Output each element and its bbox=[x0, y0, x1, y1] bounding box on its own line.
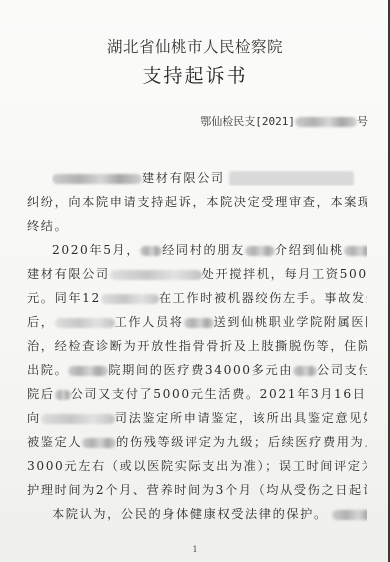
text-span: 出院。 bbox=[27, 363, 68, 377]
text-span: 本院认为，公民的身体健康权受法律的保护。 bbox=[52, 507, 328, 521]
paragraph-2-line-8: 向司法鉴定所申请鉴定，该所出具鉴定意见如下： bbox=[27, 410, 367, 426]
paragraph-2-line-6: 出院。院期间的医疗费34000多元由公司支付，出 bbox=[27, 362, 367, 378]
text-span: 介绍到仙桃 bbox=[275, 243, 344, 257]
paragraph-2-line-3: 元。同年12在工作时被机器绞伤左手。事故发生 bbox=[27, 290, 367, 306]
paragraph-2-line-2: 建材有限公司处开搅拌机，每月工资5000 bbox=[27, 266, 367, 282]
text-span: 建材有限公司 bbox=[27, 267, 110, 281]
document-number-suffix: 号 bbox=[357, 115, 368, 128]
redacted-text bbox=[332, 510, 367, 520]
paragraph-2-line-5: 治，经检查诊断为开放性指骨骨折及上肢撕脱伤等，住院17天后 bbox=[27, 338, 367, 354]
paragraph-2-line-4: 后，工作人员将送到仙桃职业学院附属医院救 bbox=[27, 314, 367, 330]
redacted-text bbox=[41, 414, 115, 424]
paragraph-2-line-7: 院后公司又支付了5000元生活费。2021年3月16日， bbox=[27, 386, 367, 402]
issuing-organization: 湖北省仙桃市人民检察院 bbox=[0, 35, 390, 57]
text-span: 2020年5月， bbox=[52, 243, 140, 257]
text-span: 院期间的医疗费34000多元由 bbox=[108, 363, 293, 377]
paragraph-1-line-2: 纠纷，向本院申请支持起诉，本院决定受理审查，本案现已审查 bbox=[27, 194, 367, 210]
redacted-text bbox=[52, 174, 142, 184]
text-span: 处开搅拌机，每月工资5000 bbox=[202, 267, 367, 281]
paragraph-1-line-3: 终结。 bbox=[27, 218, 367, 234]
text-span: 元。同年12 bbox=[27, 291, 101, 305]
redacted-text bbox=[293, 366, 317, 376]
page-number: 1 bbox=[0, 545, 390, 554]
text-span: 建材有限公司 bbox=[142, 171, 225, 185]
document-title: 支持起诉书 bbox=[0, 61, 390, 88]
text-span: 被鉴定人 bbox=[27, 435, 82, 449]
redacted-text bbox=[184, 318, 214, 328]
paragraph-3-line-1: 本院认为，公民的身体健康权受法律的保护。 bbox=[52, 506, 367, 522]
paragraph-2-line-9: 被鉴定人的伤残等级评定为九级；后续医疗费用为人民币 bbox=[27, 434, 367, 450]
redacted-text bbox=[245, 246, 275, 256]
redacted-text bbox=[82, 438, 116, 448]
text-span: 向 bbox=[27, 411, 41, 425]
redacted-text bbox=[229, 171, 354, 186]
paragraph-2-line-11: 护理时间为2个月、营养时间为3个月（均从受伤之日起计算）。 bbox=[27, 482, 367, 498]
paragraph-2-line-10: 3000元左右（或以医院实际支出为准）；误工时间评定为5个月、 bbox=[27, 458, 367, 474]
text-span: 院后 bbox=[27, 387, 55, 401]
paragraph-2-line-1: 2020年5月，经同村的朋友介绍到仙桃 bbox=[52, 242, 367, 258]
text-span: 送到仙桃职业学院附属医院救 bbox=[214, 315, 367, 329]
text-span: 工作人员将 bbox=[115, 315, 184, 329]
redacted-text bbox=[68, 366, 108, 376]
redacted-text bbox=[55, 318, 115, 328]
redacted-text bbox=[344, 246, 367, 256]
document-number: 鄂仙检民支[2021]号 bbox=[200, 113, 368, 129]
redacted-text bbox=[55, 390, 71, 400]
document-page: 湖北省仙桃市人民检察院 支持起诉书 鄂仙检民支[2021]号 建材有限公司 纠纷… bbox=[0, 0, 388, 562]
redacted-text bbox=[110, 270, 202, 280]
text-span: 公司支付，出 bbox=[317, 363, 367, 377]
redacted-text bbox=[140, 246, 162, 256]
text-span: 公司又支付了5000元生活费。2021年3月16日， bbox=[71, 387, 367, 401]
text-span: 司法鉴定所申请鉴定，该所出具鉴定意见如下： bbox=[115, 411, 367, 425]
text-span: 经同村的朋友 bbox=[162, 243, 245, 257]
text-span: 的伤残等级评定为九级；后续医疗费用为人民币 bbox=[116, 435, 367, 449]
text-span: 后， bbox=[27, 315, 55, 329]
redacted-text bbox=[101, 294, 159, 304]
redacted-number bbox=[295, 117, 357, 127]
text-span: 在工作时被机器绞伤左手。事故发生 bbox=[159, 291, 367, 305]
document-number-prefix: 鄂仙检民支[2021] bbox=[200, 115, 295, 128]
paragraph-1-line-1: 建材有限公司 bbox=[52, 170, 367, 186]
